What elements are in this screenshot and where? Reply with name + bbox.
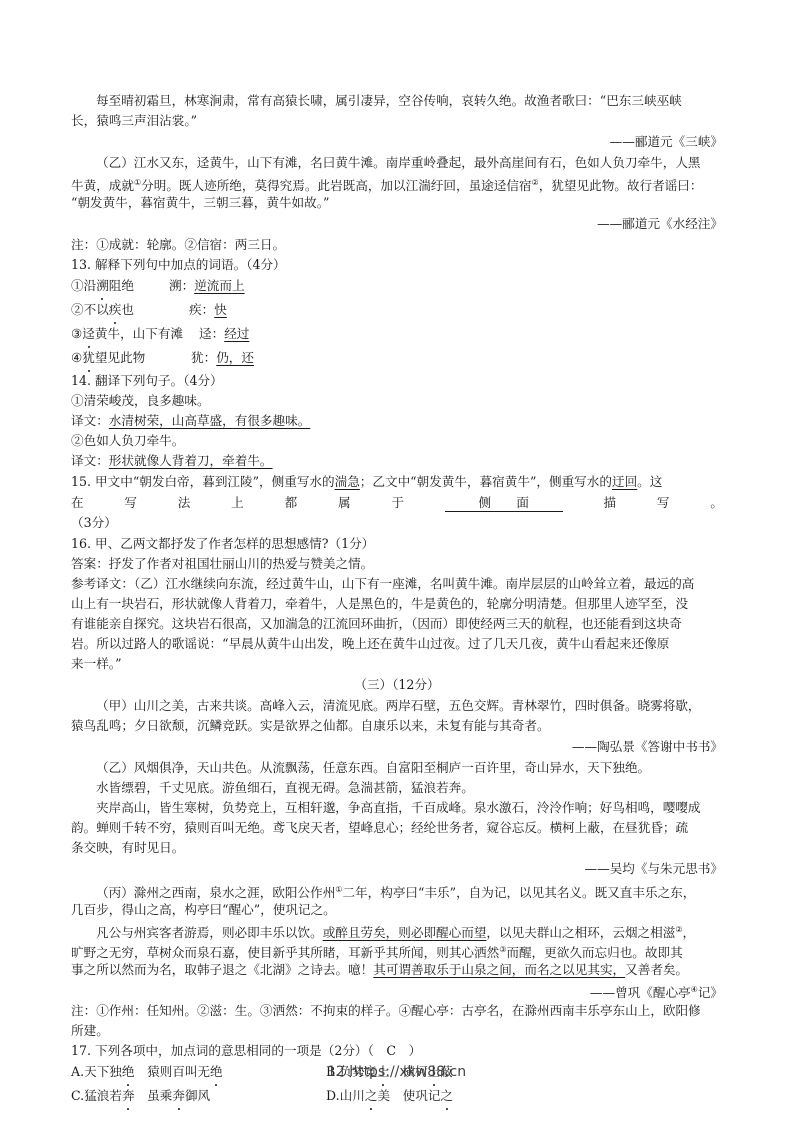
text: ②不以: [71, 302, 109, 317]
source-citation: ——郦道元《水经注》: [597, 215, 723, 233]
q13-item: ②不以疾也疾：快: [71, 301, 227, 319]
text: 写: [124, 494, 137, 512]
question-14-title: 14. 翻译下列句子。（4分）: [71, 372, 223, 390]
answer: 水清树荣，山高草盛，有很多趣味。: [109, 413, 311, 428]
answer: 湍急: [335, 474, 360, 489]
text: 也: [121, 302, 134, 317]
page-footer: 12 https://xkw88.cn: [0, 1064, 793, 1080]
text: 溯：: [169, 278, 194, 293]
notes: 所建。: [71, 1022, 109, 1040]
passage-bing-line: 旷野之无穷，草树众而泉石嘉，使目新乎其所睹，耳新乎其所闻，则其心洒然③而醒，更欲…: [71, 941, 683, 959]
passage-bing-line: 凡公与州宾客者游焉，则必即丰乐以饮。或醉且劳矣，则必即醒心而望，以见夫群山之相环…: [71, 921, 695, 939]
dotted-word: 疾: [109, 301, 122, 319]
text: 。这: [637, 474, 662, 489]
text: ①沿: [71, 278, 96, 293]
passage-jia-line: （甲）山川之美，古来共谈。高峰入云，清流见底。两岸石壁，五色交辉。青林翠竹，四时…: [71, 697, 701, 715]
option-c: C.猛浪若奔 虽乘奔御风: [71, 1087, 326, 1105]
passage-yi-line: 韵。蝉则千转不穷，猿则百叫无绝。鸢飞戾天者，望峰息心；经纶世务者，窥谷忘反。横柯…: [71, 819, 688, 837]
text: 译文：: [71, 453, 109, 468]
reference-translation: 来一样。”: [71, 655, 122, 673]
text: ，: [682, 925, 695, 940]
source-citation: ——吴均《与朱元思书》: [584, 860, 723, 878]
text: 写: [657, 494, 670, 512]
dotted-word: 奔: [172, 1087, 185, 1105]
text: 记》: [698, 985, 723, 1000]
q14-sentence: ②色如人负刀牵牛。: [71, 432, 184, 450]
text: 虽乘: [147, 1088, 172, 1103]
text: （丙）滁州之西南，泉水之涯，欧阳公作州: [96, 885, 335, 900]
text: 事之所以然而为名，取韩子退之《北湖》之诗去。噫！: [71, 962, 373, 977]
dotted-word: 奔: [122, 1087, 135, 1105]
section-title: （三）（12分）: [71, 676, 723, 694]
text: 在: [71, 494, 84, 512]
passage-bing-line: 几百步，得山之高，构亭曰“醒心”，使巩记之。: [71, 901, 336, 919]
answer: 形状就像人背着刀，牵着牛。: [109, 453, 273, 468]
text: 山川: [340, 1088, 365, 1103]
q17-options-row: C.猛浪若奔 虽乘奔御风D.山川之美 使巩记之: [71, 1087, 581, 1105]
answer: 经过: [224, 326, 249, 341]
source-citation: ——陶弘景《答谢中书书》: [572, 738, 723, 756]
text: 阻绝: [109, 278, 134, 293]
text: ——曾巩《醒心亭: [590, 985, 691, 1000]
text: 牛黄，成就: [71, 178, 134, 193]
q14-translation: 译文：水清树荣，山高草盛，有很多趣味。: [71, 412, 310, 430]
text: 凡公与州宾客者游焉，则必即丰乐以饮。: [96, 925, 323, 940]
text: 都: [285, 494, 298, 512]
text: 而醒，更欲久而忘归也。故即其: [506, 945, 682, 960]
reference-translation: 参考译文：（乙）江水继续向东流，经过黄牛山，山下有一座滩，名叫黄牛滩。南岸层层的…: [71, 575, 694, 593]
q13-item: ③迳黄牛，山下有滩迳：经过: [71, 325, 249, 343]
underlined-sentence: 其可谓善取乐于山泉之间，而名之以见其实，: [373, 962, 625, 977]
text: ③: [71, 326, 82, 341]
passage-jia-line: 猿鸟乱鸣；夕日欲颓，沉鳞竞跃。实是欲界之仙都。自康乐以来，未复有能与其奇者。: [71, 717, 550, 735]
dotted-word: 之: [440, 1087, 453, 1105]
passage-jia-line: 长，猿鸣三声泪沾裳。”: [71, 112, 197, 130]
answer: 仍，还: [216, 350, 254, 365]
source-citation: ——郦道元《三峡》: [610, 133, 723, 151]
answer: 迂回: [612, 474, 637, 489]
passage-yi-line: 条交映，有时见日。: [71, 839, 184, 857]
dotted-word: 之: [365, 1087, 378, 1105]
passage-jia-line: 每至晴初霜旦，林寒涧肃，常有高猿长啸，属引凄异，空谷传响，哀转久绝。故渔者歌曰：…: [71, 92, 682, 110]
reference-translation: 有谁能亲自探究。这块岩石很高，又加湍急的江流回环曲折，（因而）即使经两三天的航程…: [71, 615, 682, 633]
text: 迳：: [199, 326, 224, 341]
source-citation: ——曾巩《醒心亭④记》: [590, 981, 723, 999]
dotted-word: 犹: [82, 349, 95, 367]
notes: 注：①成就：轮廓。②信宿：两三日。: [71, 236, 285, 254]
text: 猛浪若: [84, 1088, 122, 1103]
answer-blank: 侧 面: [445, 494, 563, 512]
text: ④: [71, 350, 82, 365]
text: 15. 甲文中“朝发白帝，暮到江陵”，侧重写水的: [71, 474, 335, 489]
text: ，犹望见此物。故行者谣曰：: [539, 178, 703, 193]
text: 御风: [185, 1088, 210, 1103]
passage-yi-line: 夹岸高山，皆生寒树，负势竞上，互相轩邈，争高直指，千百成峰。泉水激石，泠泠作响；…: [71, 799, 701, 817]
text: 上: [231, 494, 244, 512]
question-16-title: 16. 甲、乙两文都抒发了作者怎样的思想感情?（1分）: [71, 535, 374, 553]
dotted-word: 溯: [96, 277, 109, 295]
question-17-title: 17. 下列各项中，加点词的意思相同的一项是（2分）（ C ）: [71, 1042, 421, 1060]
q14-sentence: ①清荣峻茂，良多趣味。: [71, 392, 210, 410]
passage-bing-line: （丙）滁州之西南，泉水之涯，欧阳公作州①二年，构亭曰“丰乐”，自为记，以见其名义…: [71, 881, 695, 899]
passage-bing-line: 事之所以然而为名，取韩子退之《北湖》之诗去。噫！其可谓善取乐于山泉之间，而名之以…: [71, 961, 688, 979]
passage-yi-line: （乙）风烟俱净，天山共色。从流飘荡，任意东西。自富阳至桐庐一百许里，奇山异水，天…: [71, 759, 650, 777]
text: 黄牛，山下有滩: [95, 326, 183, 341]
text: 美: [377, 1088, 390, 1103]
q16-answer: 答案：抒发了作者对祖国壮丽山川的热爱与赞美之情。: [71, 555, 373, 573]
question-15: 15. 甲文中“朝发白帝，暮到江陵”，侧重写水的湍急；乙文中“朝发黄牛，暮宿黄牛…: [71, 473, 662, 491]
option-d: D.山川之美 使巩记之: [326, 1087, 581, 1105]
q14-translation: 译文：形状就像人背着刀，牵着牛。: [71, 452, 273, 470]
passage-yi-line: “朝发黄牛，暮宿黄牛，三朝三暮，黄牛如故。”: [71, 194, 329, 212]
question-13-title: 13. 解释下列句中加点的词语。（4分）: [71, 256, 286, 274]
text: 属: [338, 494, 351, 512]
text: C.: [71, 1088, 84, 1103]
text: 于: [391, 494, 404, 512]
dotted-word: 迳: [82, 325, 95, 343]
answer: 快: [214, 302, 227, 317]
passage-yi-line: 牛黄，成就①分明。既人迹所绝，莫得究焉。此岩既高，加以江湍纡回，虽途迳信宿②，犹…: [71, 174, 702, 192]
footnote-marker: ②: [532, 178, 539, 187]
text: 描: [604, 494, 617, 512]
answer: 逆流而上: [194, 278, 244, 293]
text: 疾：: [189, 302, 214, 317]
text: 译文：: [71, 413, 109, 428]
text: 又善者矣。: [625, 962, 688, 977]
question-15-spread: 在 写 法 上 都 属 于 侧 面 描 写 。: [71, 494, 723, 512]
reference-translation: 岩。所以过路人的歌谣说：“早晨从黄牛山出发，晚上还在黄牛山过夜。过了几天几夜，黄…: [71, 635, 669, 653]
text: 分明。既人迹所绝，莫得究焉。此岩既高，加以江湍纡回，虽途迳信宿: [141, 178, 531, 193]
q13-item: ①沿溯阻绝溯：逆流而上: [71, 277, 245, 295]
notes: 注：①作州：任知州。②滋：生。③洒然：不拘束的样子。④醒心亭：古亭名，在滁州西南…: [71, 1002, 701, 1020]
reference-translation: 山上有一块岩石，形状就像人背着刀，牵着牛，人是黑色的，牛是黄色的，轮廓分明清楚。…: [71, 595, 688, 613]
text: ；乙文中“朝发黄牛，暮宿黄牛”，侧重写水的: [360, 474, 612, 489]
underlined-sentence: 或醉且劳矣，则必即醒心而望: [323, 925, 487, 940]
text: 法: [178, 494, 191, 512]
text: 二年，构亭曰“丰乐”，自为记，以见其名义。既又直丰乐之东，: [342, 885, 695, 900]
passage-yi-line: 水皆缥碧，千丈见底。游鱼细石，直视无碍。急湍甚箭，猛浪若奔。: [71, 779, 474, 797]
q13-item: ④犹望见此物犹：仍，还: [71, 349, 254, 367]
passage-yi-line: （乙）江水又东，迳黄牛，山下有滩，名曰黄牛滩。南岸重岭叠起，最外高崖间有石，色如…: [71, 154, 701, 172]
footnote-marker: ④: [691, 985, 698, 994]
text: 犹：: [191, 350, 216, 365]
text: 望见此物: [95, 350, 145, 365]
text: D.: [326, 1088, 340, 1103]
text: ，以见夫群山之相环，云烟之相滋: [486, 925, 675, 940]
text: 使巩记: [403, 1088, 441, 1103]
text: 旷野之无穷，草树众而泉石嘉，使目新乎其所睹，耳新乎其所闻，则其心洒然: [71, 945, 499, 960]
score: （3分）: [71, 514, 117, 532]
text: 。: [710, 494, 723, 512]
